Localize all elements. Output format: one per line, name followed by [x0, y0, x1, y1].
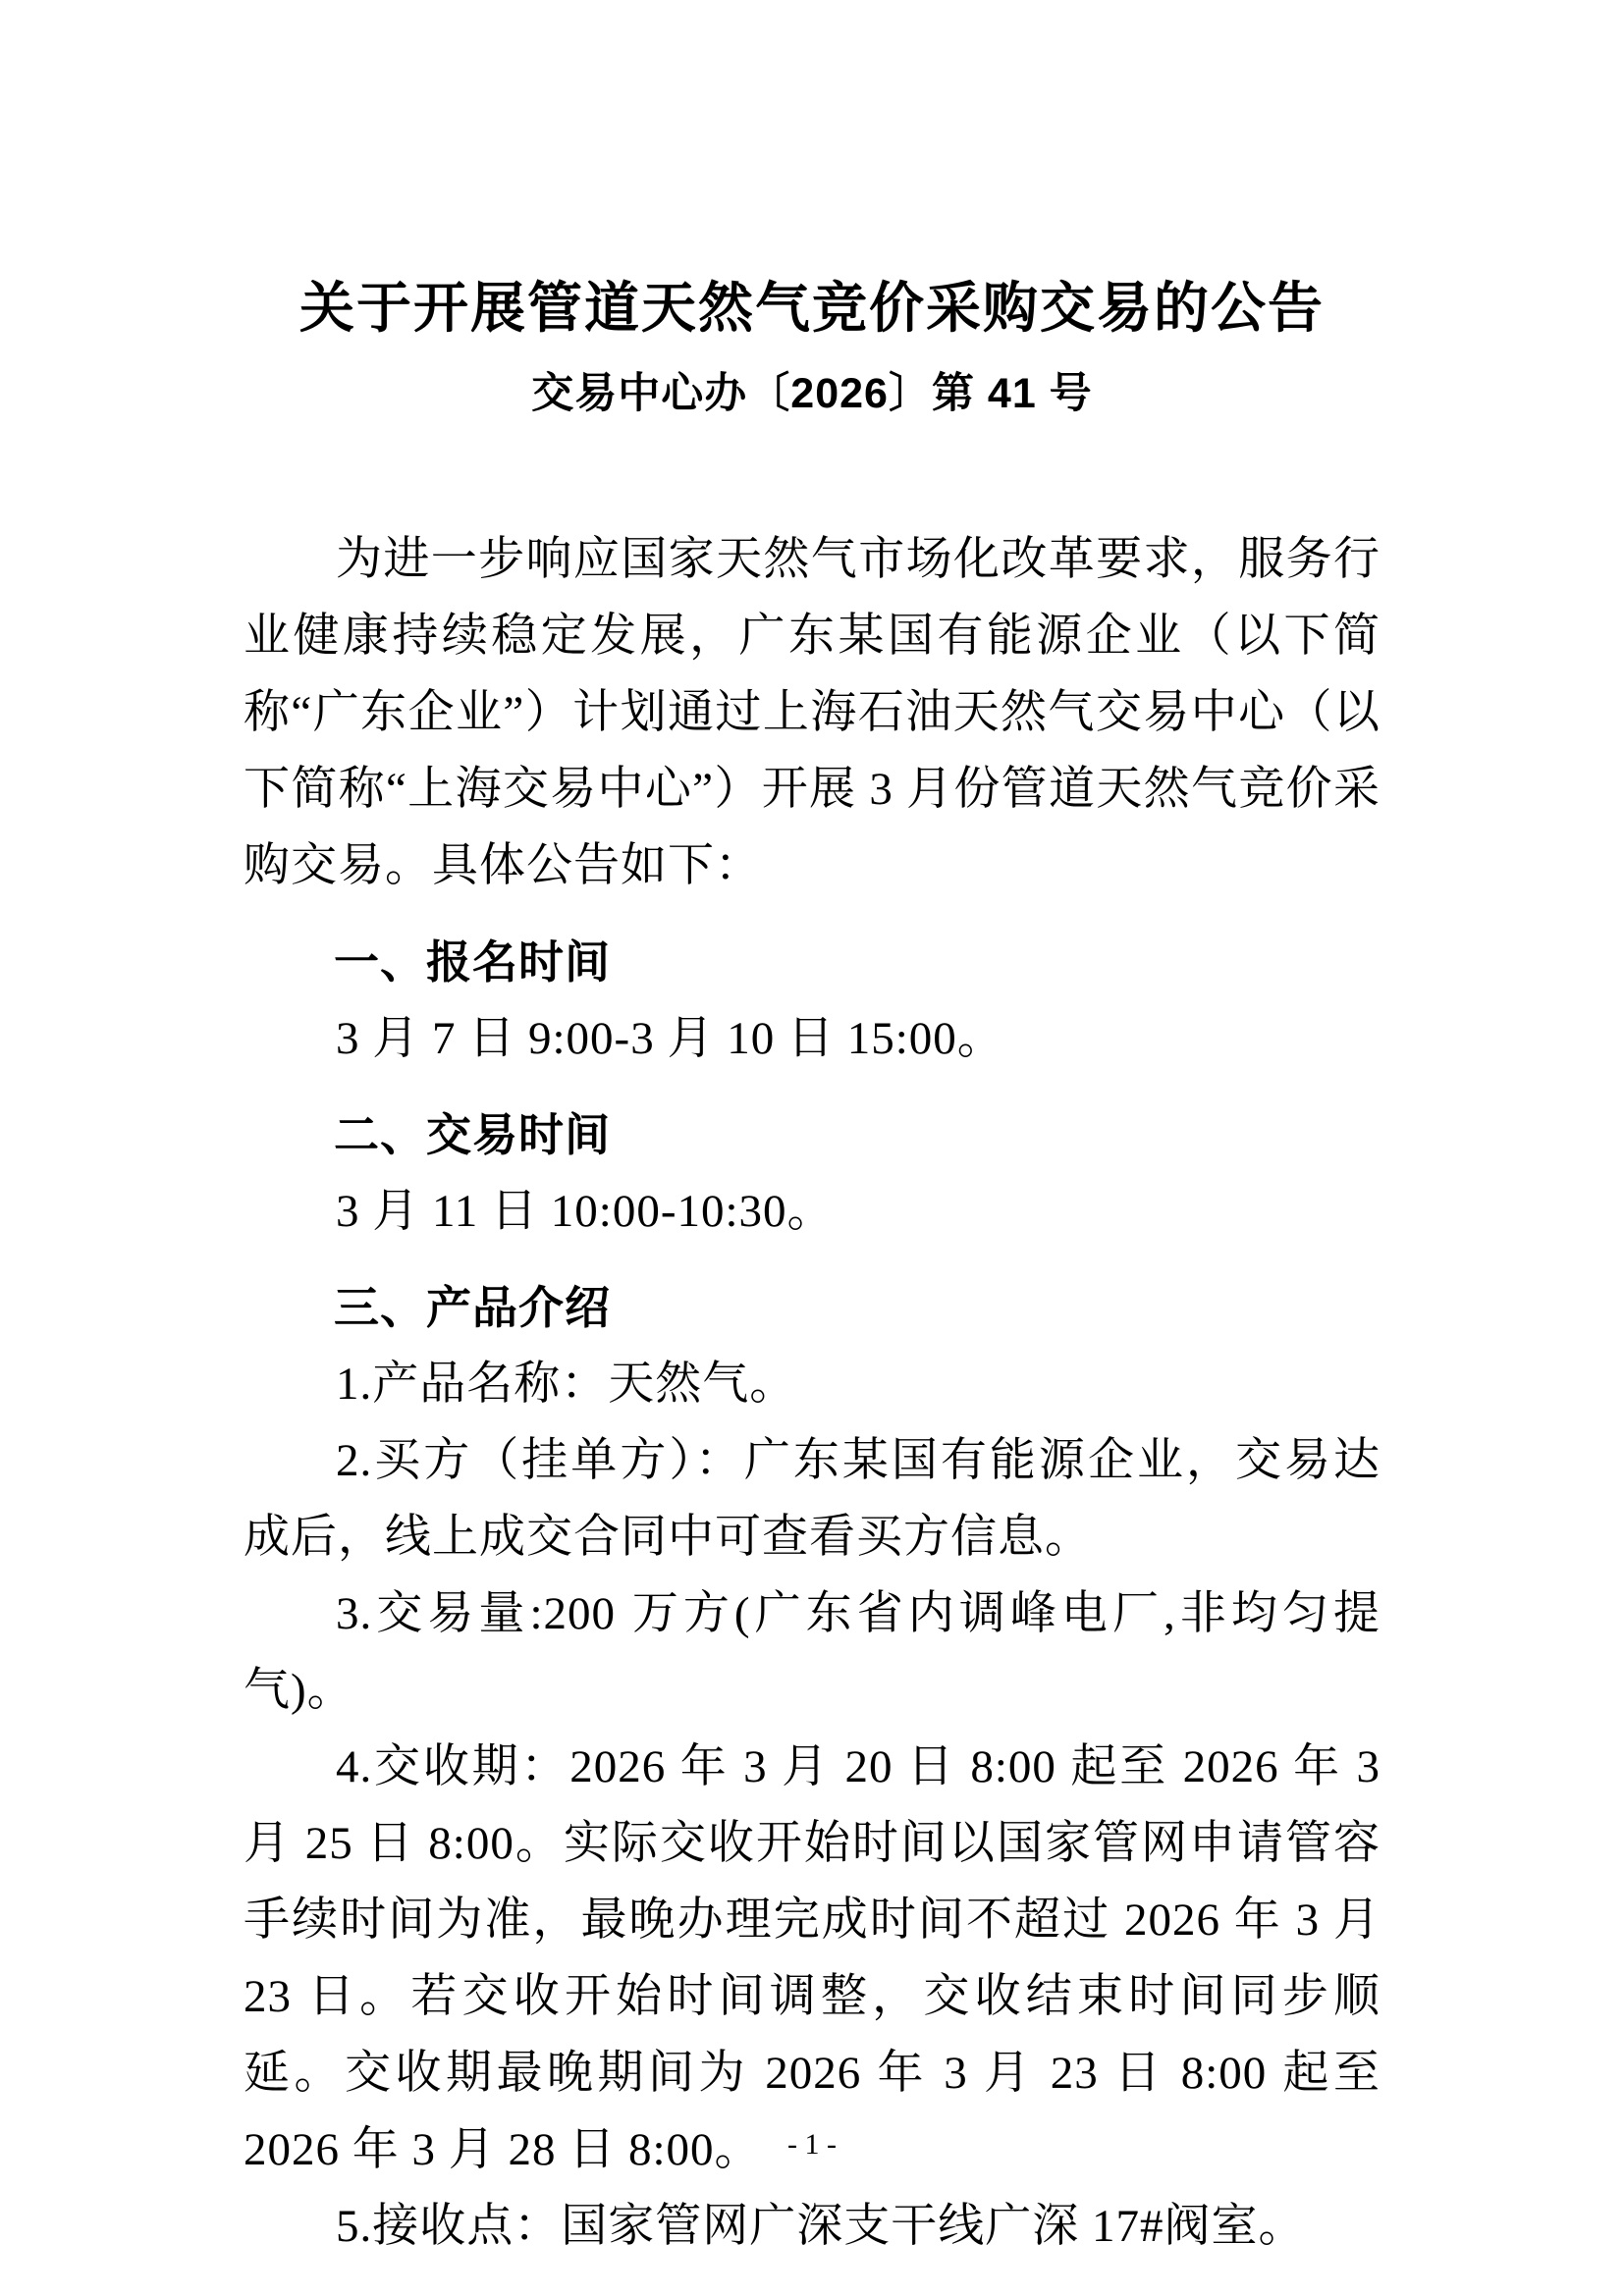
page-number: - 1 - — [0, 2128, 1624, 2162]
section-2-paragraph: 3 月 11 日 10:00-10:30。 — [244, 1173, 1380, 1250]
section-3-item-2: 2.买方（挂单方）：广东某国有能源企业，交易达成后，线上成交合同中可查看买方信息… — [244, 1422, 1380, 1575]
section-3-item-1: 1.产品名称：天然气。 — [244, 1346, 1380, 1422]
section-3-heading: 三、产品介绍 — [244, 1269, 1380, 1346]
document-page: 关于开展管道天然气竞价采购交易的公告 交易中心办〔2026〕第 41 号 为进一… — [0, 0, 1624, 2296]
section-3-item-4: 4.交收期：2026 年 3 月 20 日 8:00 起至 2026 年 3 月… — [244, 1729, 1380, 2188]
section-3-item-5: 5.接收点：国家管网广深支干线广深 17#阀室。 — [244, 2188, 1380, 2265]
section-1-heading: 一、报名时间 — [244, 924, 1380, 1000]
section-2-heading: 二、交易时间 — [244, 1096, 1380, 1173]
document-number: 交易中心办〔2026〕第 41 号 — [0, 370, 1624, 417]
page-title: 关于开展管道天然气竞价采购交易的公告 — [108, 278, 1516, 339]
document-body: 为进一步响应国家天然气市场化改革要求，服务行业健康持续稳定发展，广东某国有能源企… — [244, 521, 1380, 2265]
section-1-paragraph: 3 月 7 日 9:00-3 月 10 日 15:00。 — [244, 1000, 1380, 1077]
intro-paragraph: 为进一步响应国家天然气市场化改革要求，服务行业健康持续稳定发展，广东某国有能源企… — [244, 521, 1380, 904]
section-3-item-3: 3.交易量:200 万方(广东省内调峰电厂,非均匀提气)。 — [244, 1575, 1380, 1729]
